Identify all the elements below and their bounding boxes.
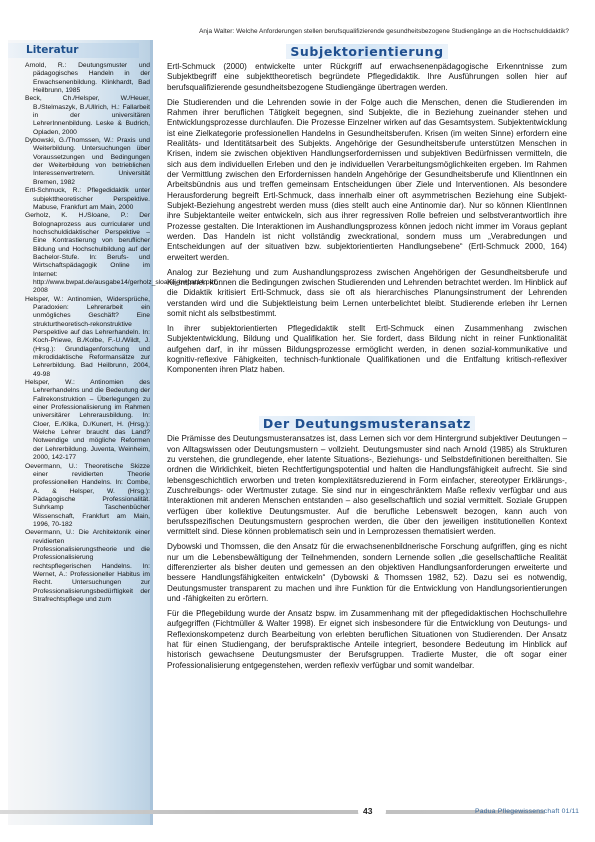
body-paragraph: In ihrer subjektorientierten Pflegedidak… <box>167 324 567 376</box>
sidebar-edge-divider <box>150 40 153 825</box>
reference-item: Dybowski, G./Thomssen, W.: Praxis und We… <box>25 137 150 187</box>
sidebar-title: Literatur <box>26 44 78 56</box>
literature-sidebar: Literatur Arnold, R.: Deutungsmuster und… <box>8 40 153 825</box>
body-paragraph: Die Studierenden und die Lehrenden sowie… <box>167 98 567 264</box>
body-paragraph: Dybowski und Thomssen, die den Ansatz fü… <box>167 542 567 604</box>
section-heading-subjektorientierung: Subjektorientierung <box>167 44 567 62</box>
reference-item: Ertl-Schmuck, R.: Pflegedidaktik unter s… <box>25 187 150 212</box>
reference-item: Helsper, W.: Antinomien, Widersprüche, P… <box>25 296 150 379</box>
reference-item: Helsper, W.: Antinomien des Lehrerhandel… <box>25 379 150 462</box>
body-paragraph: Die Prämisse des Deutungsmusteransatzes … <box>167 434 567 537</box>
running-header: Anja Walter: Welche Anforderungen stelle… <box>60 28 569 35</box>
footer-bar <box>0 810 545 814</box>
reference-item: Oevermann, U.: Theoretische Skizze einer… <box>25 463 150 530</box>
section-heading-text: Subjektorientierung <box>286 44 447 59</box>
page-number: 43 <box>363 806 372 816</box>
reference-item: Oevermann, U.: Die Architektonik einer r… <box>25 529 150 604</box>
reference-list: Arnold, R.: Deutungsmuster und pädagogis… <box>25 62 150 604</box>
body-paragraph: Für die Pflegebildung wurde der Ansatz b… <box>167 609 567 671</box>
reference-item: Beck, Ch./Helsper, W./Heuer, B./Stelmasz… <box>25 95 150 137</box>
body-paragraph: Ertl-Schmuck (2000) entwickelte unter Rü… <box>167 62 567 93</box>
section-spacer <box>167 380 567 416</box>
reference-item: Gerholz, K. H./Sloane, P.: Der Bolognapr… <box>25 212 150 295</box>
section-heading-text: Der Deutungsmusteransatz <box>259 416 475 431</box>
reference-item: Arnold, R.: Deutungsmuster und pädagogis… <box>25 62 150 95</box>
journal-name: Padua Pflegewissenschaft 01/11 <box>475 808 579 815</box>
body-paragraph: Analog zur Beziehung und zum Aushandlung… <box>167 268 567 320</box>
section-heading-deutungsmusteransatz: Der Deutungsmusteransatz <box>167 416 567 434</box>
main-column: Subjektorientierung Ertl-Schmuck (2000) … <box>167 44 567 676</box>
